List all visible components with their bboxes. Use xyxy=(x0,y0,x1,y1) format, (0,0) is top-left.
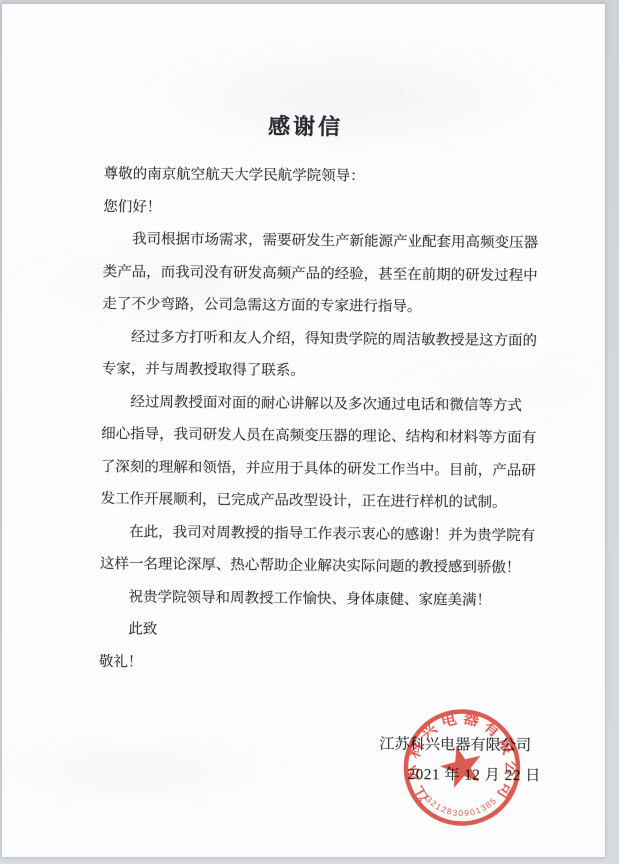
letter-title: 感谢信 xyxy=(4,107,607,143)
scanner-background: 感谢信 尊敬的南京航空航天大学民航学院领导： 您们好！ 我司根据市场需求，需要研… xyxy=(0,0,619,864)
letter-line: 经过多方打听和友人介绍，得知贵学院的周洁敏教授是这方面的 xyxy=(102,321,538,358)
salute-line: 敬礼！ xyxy=(99,646,535,683)
star-icon xyxy=(436,741,486,790)
letter-line: 发工作开展顺利，已完成产品改型设计，正在进行样机的试制。 xyxy=(100,483,536,520)
letter-line: 细心指导，我司研发人员在高频变压器的理论、结构和材料等方面有 xyxy=(101,418,537,455)
letter-line: 走了不少弯路，公司急需这方面的专家进行指导。 xyxy=(102,288,538,325)
letter-line: 我司根据市场需求，需要研发生产新能源产业配套用高频变压器 xyxy=(103,223,539,260)
closing-line: 此致 xyxy=(99,613,535,650)
letter-line: 经过周教授面对面的耐心讲解以及多次通过电话和微信等方式 xyxy=(101,386,537,423)
wish-line: 祝贵学院领导和周教授工作愉快、身体康健、家庭美满！ xyxy=(99,581,535,618)
letter-line: 这样一名理论深厚、热心帮助企业解决实际问题的教授感到骄傲！ xyxy=(100,548,536,585)
salutation-line: 尊敬的南京航空航天大学民航学院领导： xyxy=(103,158,539,195)
greeting-line: 您们好！ xyxy=(103,191,539,228)
letter-line: 了深刻的理解和领悟，并应用于具体的研发工作当中。目前，产品研 xyxy=(101,451,537,488)
letter-content: 感谢信 尊敬的南京航空航天大学民航学院领导： 您们好！ 我司根据市场需求，需要研… xyxy=(0,1,608,860)
letter-body: 尊敬的南京航空航天大学民航学院领导： 您们好！ 我司根据市场需求，需要研发生产新… xyxy=(99,158,540,682)
letter-line: 专家，并与周教授取得了联系。 xyxy=(102,353,538,390)
letter-line: 在此，我司对周教授的指导工作表示衷心的感谢！并为贵学院有 xyxy=(100,516,536,553)
letter-page: 感谢信 尊敬的南京航空航天大学民航学院领导： 您们好！ 我司根据市场需求，需要研… xyxy=(2,4,605,857)
company-seal: 江苏科兴电器有限公司 3212830901385 xyxy=(381,687,543,849)
letter-line: 类产品，而我司没有研发高频产品的经验，甚至在前期的研发过程中 xyxy=(103,256,539,293)
